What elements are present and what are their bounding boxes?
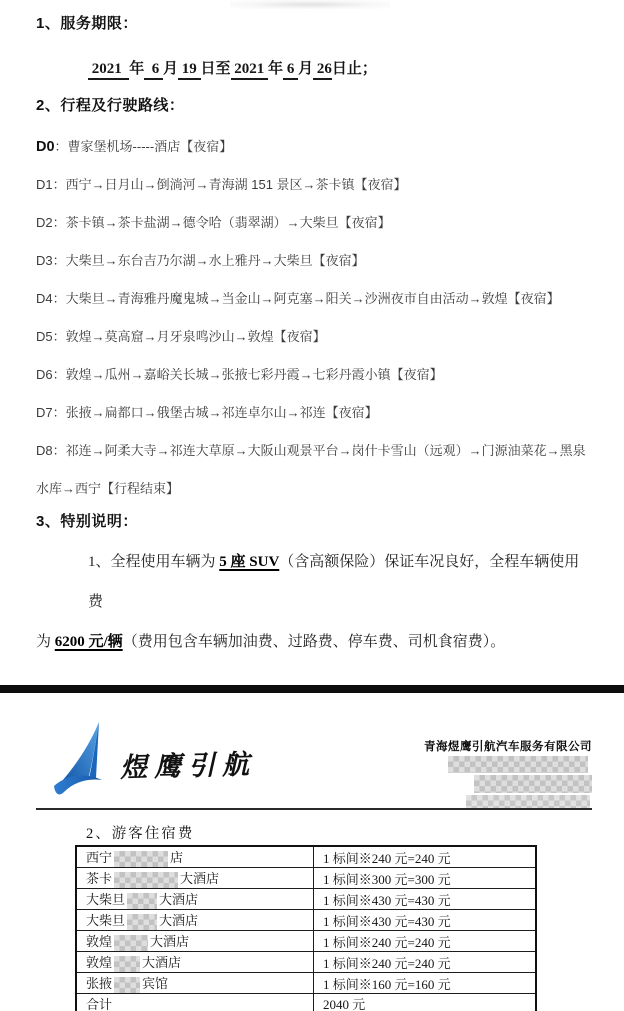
note-line: 1、全程使用车辆为 5 座 SUV（含高额保险）保证车况良好，全程车辆使用费 [36,542,592,622]
hotel-name-suffix: 店 [170,850,183,865]
page-1: 1、服务期限： 2021 年 6 月 19 日至 2021 年 6 月 26日止… [0,0,624,662]
redacted-text [114,977,140,993]
hotel-name-prefix: 敦煌 [86,934,112,949]
itinerary-day-d3: D3：大柴旦→东台吉乃尔湖→水上雅丹→大柴旦【夜宿】 [36,242,592,280]
fee-cell: 1 标间※240 元=240 元 [314,931,537,952]
redacted-text [114,956,140,972]
hotel-name-prefix: 大柴旦 [86,913,125,928]
itinerary-list: D0：曹家堡机场-----酒店【夜宿】D1：西宁→日月山→倒淌河→青海湖 151… [36,128,592,508]
note-text: 1、全程使用车辆为 [88,554,219,570]
service-period-date: 2021 年 6 月 19 日至 2021 年 6 月 26日止； [36,58,592,80]
redacted-text [127,893,157,909]
redacted-block [474,775,592,793]
day-label: D8 [36,443,53,458]
itinerary-day-d1: D1：西宁→日月山→倒淌河→青海湖 151 景区→茶卡镇【夜宿】 [36,166,592,204]
table-row: 敦煌大酒店1 标间※240 元=240 元 [76,931,536,952]
fee-cell: 1 标间※160 元=160 元 [314,973,537,994]
hotel-name-prefix: 大柴旦 [86,892,125,907]
date-value-underlined: 2021 [231,61,269,80]
hotel-name-prefix: 茶卡 [86,871,112,886]
redacted-text [114,935,148,951]
itinerary-day-d8: D8：祁连→阿柔大寺→祁连大草原→大阪山观景平台→岗什卡雪山（远观）→门源油菜花… [36,432,592,508]
date-value-underlined: 26 [313,61,332,80]
redacted-block [448,756,588,773]
day-route: ：大柴旦→青海雅丹魔鬼城→当金山→阿克塞→阳关→沙洲夜市自由活动→敦煌【夜宿】 [53,291,560,306]
redacted-block [466,795,590,808]
date-value-underlined: 2021 [88,61,129,80]
hotel-name-suffix: 大酒店 [150,934,189,949]
day-route: ：张掖→扁都口→俄堡古城→祁连卓尔山→祁连【夜宿】 [53,405,378,420]
table-row: 西宁店1 标间※240 元=240 元 [76,846,536,868]
hotel-name-cell: 合计 [76,994,314,1011]
day-route: ：茶卡镇→茶卡盐湖→德令哈（翡翠湖）→大柴旦【夜宿】 [53,215,391,230]
hotel-name-suffix: 大酒店 [180,871,219,886]
hotel-name-cell: 大柴旦大酒店 [76,910,314,931]
date-text: 月 [298,61,313,77]
hotel-name-prefix: 西宁 [86,850,112,865]
itinerary-day-d5: D5：敦煌→莫高窟→月牙泉鸣沙山→敦煌【夜宿】 [36,318,592,356]
day-label: D7 [36,405,53,420]
day-label: D3 [36,253,53,268]
table-row: 大柴旦大酒店1 标间※430 元=430 元 [76,910,536,931]
date-text: 月 [163,61,178,77]
fee-cell: 1 标间※300 元=300 元 [314,868,537,889]
day-route: ：曹家堡机场-----酒店【夜宿】 [55,139,233,154]
hotel-name-suffix: 宾馆 [142,976,168,991]
itinerary-day-d6: D6：敦煌→瓜州→嘉峪关长城→张掖七彩丹霞→七彩丹霞小镇【夜宿】 [36,356,592,394]
company-logo [52,720,116,800]
day-label: D2 [36,215,53,230]
note-emphasis: 5 座 SUV [219,554,279,570]
sailboat-icon [52,720,116,800]
table-row: 敦煌大酒店1 标间※240 元=240 元 [76,952,536,973]
hotel-name-cell: 敦煌大酒店 [76,952,314,973]
itinerary-day-d2: D2：茶卡镇→茶卡盐湖→德令哈（翡翠湖）→大柴旦【夜宿】 [36,204,592,242]
special-note-paragraph: 1、全程使用车辆为 5 座 SUV（含高额保险）保证车况良好，全程车辆使用费为 … [36,542,592,662]
date-value-underlined: 6 [144,61,163,80]
itinerary-day-d4: D4：大柴旦→青海雅丹魔鬼城→当金山→阿克塞→阳关→沙洲夜市自由活动→敦煌【夜宿… [36,280,592,318]
page-2-letterhead: 煜鹰引航 青海煜鹰引航汽车服务有限公司 [36,718,592,810]
logo-calligraphy-text: 煜鹰引航 [120,742,257,785]
day-label: D0 [36,139,55,155]
section-title-lodging-fee: 2、游客住宿费 [86,822,194,843]
date-value-underlined: 6 [283,61,298,80]
lodging-table-body: 西宁店1 标间※240 元=240 元茶卡大酒店1 标间※300 元=300 元… [76,846,536,1011]
note-text: 为 [36,634,55,650]
date-text: 日止； [332,61,377,77]
hotel-name-cell: 大柴旦大酒店 [76,889,314,910]
heading-itinerary: 2、行程及行驶路线： [36,96,592,116]
redacted-text [114,851,168,867]
company-name: 青海煜鹰引航汽车服务有限公司 [424,738,592,754]
day-route: ：敦煌→瓜州→嘉峪关长城→张掖七彩丹霞→七彩丹霞小镇【夜宿】 [53,367,443,382]
itinerary-day-d0: D0：曹家堡机场-----酒店【夜宿】 [36,128,592,166]
note-line: 为 6200 元/辆（费用包含车辆加油费、过路费、停车费、司机食宿费）。 [36,622,592,662]
hotel-name-cell: 张掖宾馆 [76,973,314,994]
hotel-name-prefix: 敦煌 [86,955,112,970]
hotel-name-cell: 茶卡大酒店 [76,868,314,889]
hotel-name-suffix: 大酒店 [159,892,198,907]
hotel-name-prefix: 张掖 [86,976,112,991]
table-row: 张掖宾馆1 标间※160 元=160 元 [76,973,536,994]
note-text: （费用包含车辆加油费、过路费、停车费、司机食宿费）。 [123,634,506,650]
fee-cell: 1 标间※240 元=240 元 [314,952,537,973]
itinerary-day-d7: D7：张掖→扁都口→俄堡古城→祁连卓尔山→祁连【夜宿】 [36,394,592,432]
note-emphasis: 6200 元/辆 [55,634,123,650]
page-separator-bar [0,685,624,693]
day-label: D1 [36,177,53,192]
fee-cell: 1 标间※430 元=430 元 [314,889,537,910]
hotel-name-cell: 西宁店 [76,846,314,868]
date-text: 年 [129,61,144,77]
fee-cell: 2040 元 [314,994,537,1011]
hotel-name-suffix: 大酒店 [142,955,181,970]
day-label: D6 [36,367,53,382]
day-label: D5 [36,329,53,344]
hotel-name-cell: 敦煌大酒店 [76,931,314,952]
lodging-fee-table: 西宁店1 标间※240 元=240 元茶卡大酒店1 标间※300 元=300 元… [75,845,537,1011]
redacted-text [114,872,178,888]
hotel-name-suffix: 大酒店 [159,913,198,928]
table-row: 合计2040 元 [76,994,536,1011]
redacted-text [127,914,157,930]
day-route: ：西宁→日月山→倒淌河→青海湖 151 景区→茶卡镇【夜宿】 [53,177,407,192]
table-row: 茶卡大酒店1 标间※300 元=300 元 [76,868,536,889]
heading-service-period: 1、服务期限： [36,14,592,34]
day-label: D4 [36,291,53,306]
heading-special-note: 3、特别说明： [36,512,592,532]
day-route: ：祁连→阿柔大寺→祁连大草原→大阪山观景平台→岗什卡雪山（远观）→门源油菜花→黑… [36,443,586,496]
table-row: 大柴旦大酒店1 标间※430 元=430 元 [76,889,536,910]
hotel-name-prefix: 合计 [86,997,112,1011]
document-scan: { "accent_colors": { "logo_blue_dark": "… [0,0,624,1011]
fee-cell: 1 标间※240 元=240 元 [314,846,537,868]
day-route: ：敦煌→莫高窟→月牙泉鸣沙山→敦煌【夜宿】 [53,329,326,344]
date-value-underlined: 19 [178,61,201,80]
fee-cell: 1 标间※430 元=430 元 [314,910,537,931]
date-text: 日至 [201,61,231,77]
date-text: 年 [268,61,283,77]
day-route: ：大柴旦→东台吉乃尔湖→水上雅丹→大柴旦【夜宿】 [53,253,365,268]
